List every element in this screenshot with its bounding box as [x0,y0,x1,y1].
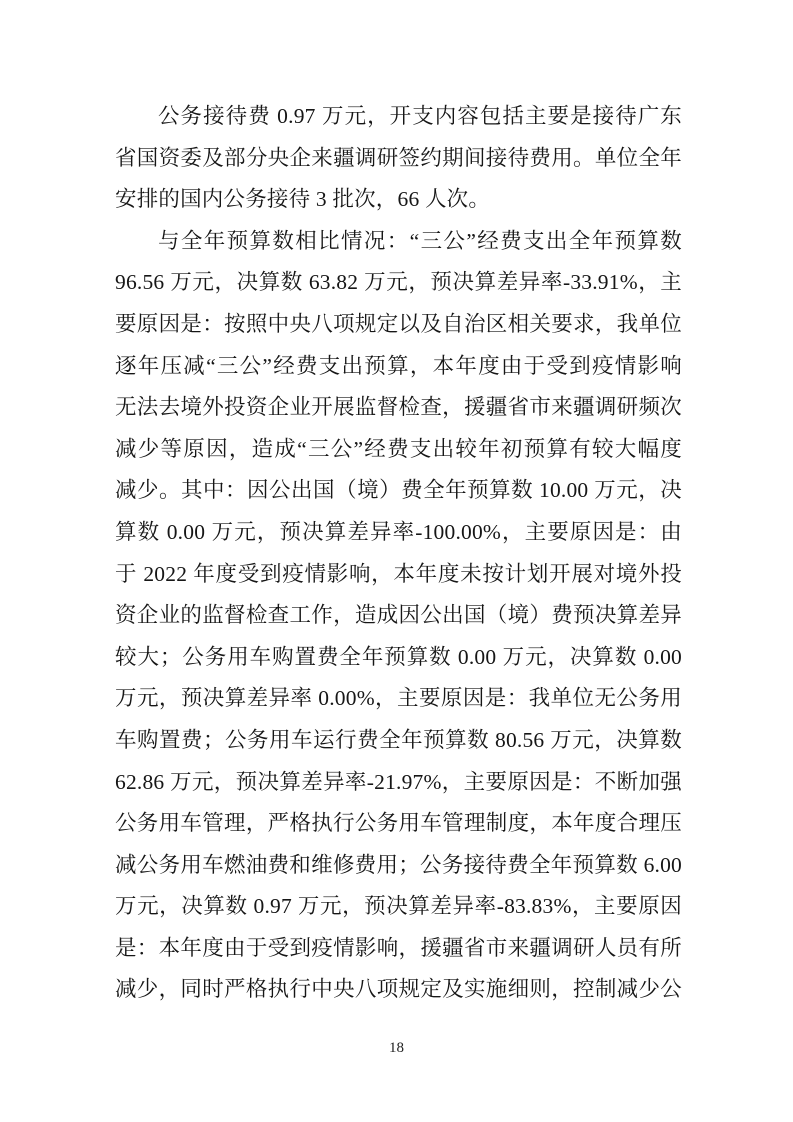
text-line: 公务用车管理，严格执行公务用车管理制度，本年度合理压 [115,803,682,845]
text-line: 万元，预决算差异率 0.00%，主要原因是：我单位无公务用 [115,678,682,720]
text-line: 于 2022 年度受到疫情影响，本年度未按计划开展对境外投 [115,554,682,596]
text-line: 62.86 万元，预决算差异率-21.97%，主要原因是：不断加强 [115,762,682,804]
text-line: 较大；公务用车购置费全年预算数 0.00 万元，决算数 0.00 [115,637,682,679]
text-line: 逐年压减“三公”经费支出预算，本年度由于受到疫情影响 [115,346,682,388]
text-line: 减少，同时严格执行中央八项规定及实施细则，控制减少公 [115,969,682,1011]
text-line: 算数 0.00 万元，预决算差异率-100.00%，主要原因是：由 [115,512,682,554]
document-page: 公务接待费 0.97 万元，开支内容包括主要是接待广东 省国资委及部分央企来疆调… [0,0,793,1122]
text-line: 万元，决算数 0.97 万元，预决算差异率-83.83%，主要原因 [115,886,682,928]
text-line: 减公务用车燃油费和维修费用；公务接待费全年预算数 6.00 [115,845,682,887]
text-line: 车购置费；公务用车运行费全年预算数 80.56 万元，决算数 [115,720,682,762]
text-line: 减少。其中：因公出国（境）费全年预算数 10.00 万元，决 [115,470,682,512]
text-line: 与全年预算数相比情况：“三公”经费支出全年预算数 [115,221,682,263]
body-text: 公务接待费 0.97 万元，开支内容包括主要是接待广东 省国资委及部分央企来疆调… [115,96,682,1011]
text-line: 公务接待费 0.97 万元，开支内容包括主要是接待广东 [115,96,682,138]
text-line: 无法去境外投资企业开展监督检查，援疆省市来疆调研频次 [115,387,682,429]
text-line: 省国资委及部分央企来疆调研签约期间接待费用。单位全年 [115,138,682,180]
text-line: 96.56 万元，决算数 63.82 万元，预决算差异率-33.91%，主 [115,262,682,304]
page-number: 18 [0,1038,793,1058]
text-line: 是：本年度由于受到疫情影响，援疆省市来疆调研人员有所 [115,928,682,970]
text-line: 资企业的监督检查工作，造成因公出国（境）费预决算差异 [115,595,682,637]
text-line: 要原因是：按照中央八项规定以及自治区相关要求，我单位 [115,304,682,346]
text-line: 安排的国内公务接待 3 批次，66 人次。 [115,179,682,221]
text-line: 减少等原因，造成“三公”经费支出较年初预算有较大幅度 [115,429,682,471]
